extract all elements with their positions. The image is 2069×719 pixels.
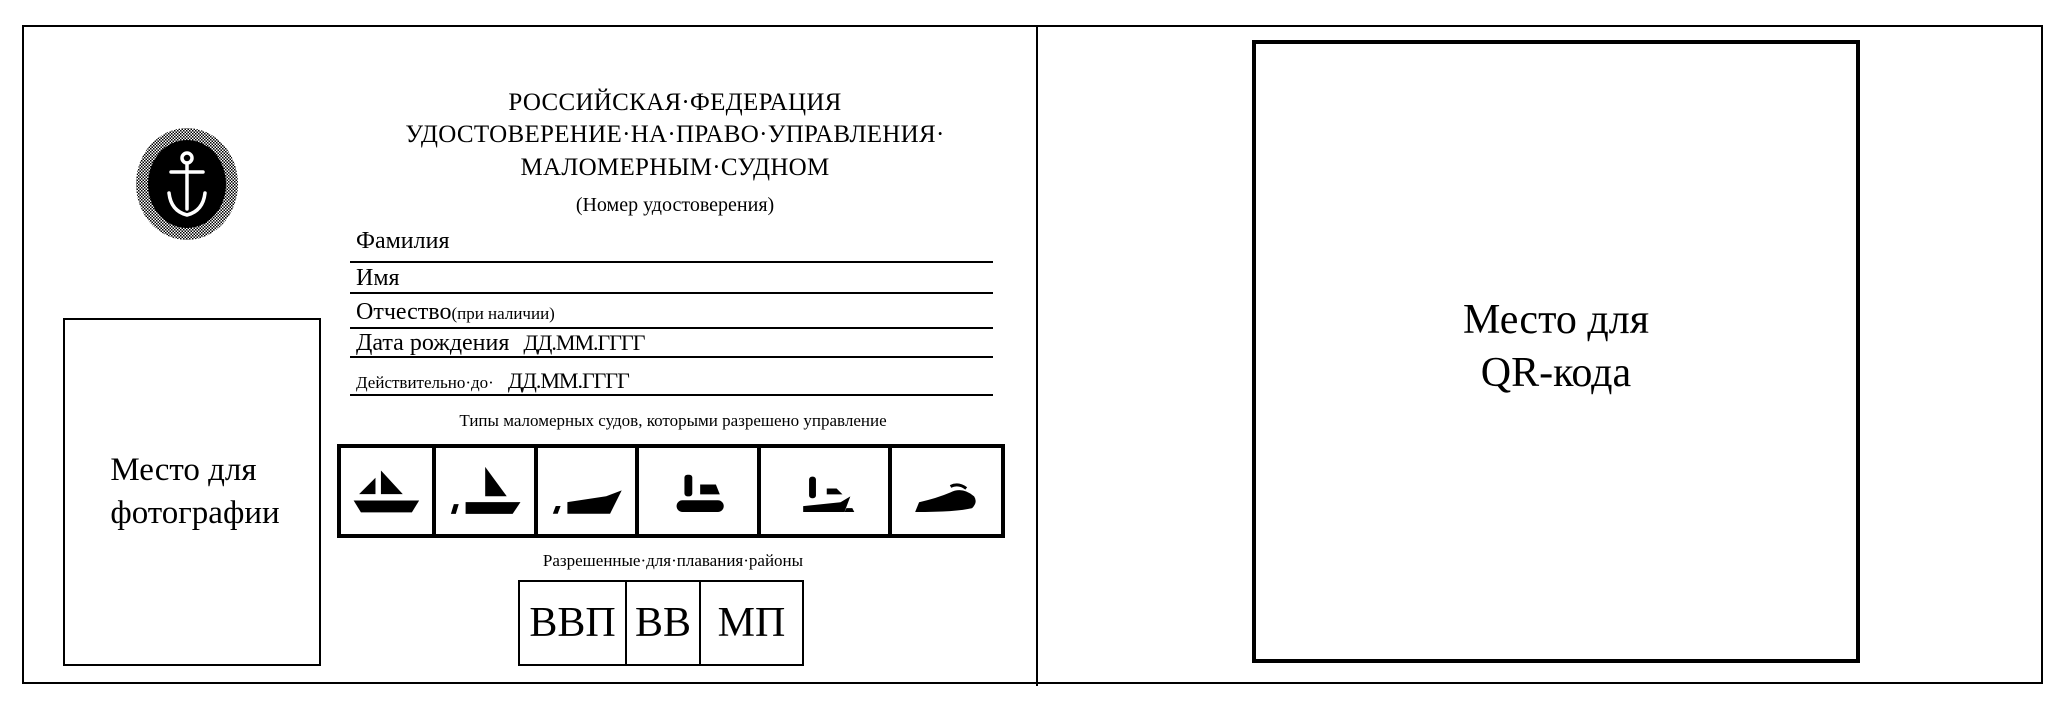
field-surname: Фамилия xyxy=(356,229,450,253)
motorboat-icon xyxy=(538,448,639,534)
field-patronymic-note: (при наличии) xyxy=(451,304,554,323)
field-patronymic-label: Отчество xyxy=(356,299,451,325)
title-line-2: УДОСТОВЕРЕНИЕ·НА·ПРАВО·УПРАВЛЕНИЯ· xyxy=(330,122,1020,147)
field-line-name xyxy=(350,292,993,294)
qr-placeholder-line-2: QR-кода xyxy=(1463,347,1649,400)
field-valid-until-label: Действительно·до· xyxy=(356,373,494,392)
photo-placeholder-line-1: Место для xyxy=(110,449,279,492)
field-birthdate: Дата рожденияДД.ММ.ГГГГ xyxy=(356,331,644,355)
sailboat-single-sail-icon xyxy=(436,448,538,534)
qr-placeholder-line-1: Место для xyxy=(1463,294,1649,347)
anchor-emblem-icon xyxy=(135,127,239,241)
field-line-surname xyxy=(350,261,993,263)
region-mp: МП xyxy=(701,582,802,664)
vessel-types-caption: Типы маломерных судов, которыми разрешен… xyxy=(338,411,1008,431)
title-line-1: РОССИЙСКАЯ·ФЕДЕРАЦИЯ xyxy=(330,90,1020,115)
field-line-valid-until xyxy=(350,394,993,396)
photo-placeholder-line-2: фотографии xyxy=(110,492,279,535)
field-name: Имя xyxy=(356,266,400,290)
hovercraft-icon xyxy=(639,448,761,534)
page-divider xyxy=(1036,25,1038,686)
field-line-birthdate xyxy=(350,356,993,358)
field-patronymic: Отчество(при наличии) xyxy=(356,300,555,324)
vessel-types-grid xyxy=(337,444,1005,538)
title-line-3: МАЛОМЕРНЫМ·СУДНОМ xyxy=(330,155,1020,180)
field-name-label: Имя xyxy=(356,265,400,291)
field-birthdate-value: ДД.ММ.ГГГГ xyxy=(523,330,644,355)
field-valid-until: Действительно·до·ДД.ММ.ГГГГ xyxy=(356,370,629,392)
region-vv: ВВ xyxy=(627,582,701,664)
photo-placeholder: Место для фотографии xyxy=(63,318,321,666)
regions-caption: Разрешенные·для·плавания·районы xyxy=(338,551,1008,571)
region-vvp: ВВП xyxy=(520,582,627,664)
qr-code-placeholder: Место для QR-кода xyxy=(1252,40,1860,663)
motor-yacht-icon xyxy=(761,448,892,534)
field-surname-label: Фамилия xyxy=(356,228,450,254)
certificate-number: (Номер удостоверения) xyxy=(330,194,1020,217)
field-valid-until-value: ДД.ММ.ГГГГ xyxy=(508,368,629,393)
field-birthdate-label: Дата рождения xyxy=(356,330,509,356)
sailboat-two-sails-icon xyxy=(341,448,436,534)
jet-ski-icon xyxy=(892,448,1001,534)
regions-grid: ВВП ВВ МП xyxy=(518,580,804,666)
field-line-patronymic xyxy=(350,327,993,329)
